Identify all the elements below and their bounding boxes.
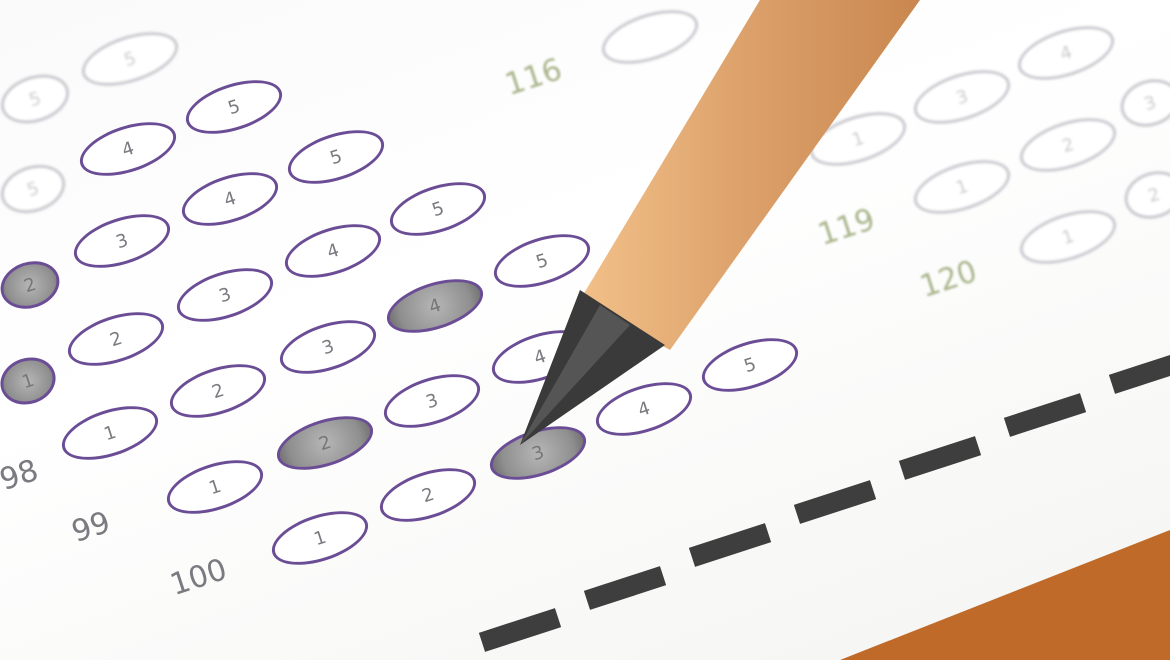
- answer-bubble: 4: [73, 112, 182, 187]
- question-number: 99: [68, 505, 115, 550]
- filled-bubble: 4: [380, 269, 489, 344]
- filled-bubble: 1: [0, 350, 62, 411]
- answer-bubble: 1: [265, 501, 374, 576]
- answer-bubble: 3: [67, 204, 176, 279]
- answer-bubble: 5: [281, 120, 390, 195]
- timing-mark: [1004, 393, 1086, 437]
- pencil-icon: [520, 0, 940, 460]
- answer-bubble: 1: [55, 396, 164, 471]
- answer-bubble: 4: [1011, 16, 1120, 91]
- answer-bubble: 2: [163, 354, 272, 429]
- answer-bubble: 3: [377, 364, 486, 439]
- answer-bubble: 1: [1013, 200, 1122, 275]
- timing-mark: [794, 480, 876, 524]
- answer-bubble: 5: [0, 157, 71, 221]
- answer-bubble: 3: [273, 310, 382, 385]
- answer-bubble: 5: [0, 66, 75, 131]
- answer-bubble: 4: [175, 162, 284, 237]
- timing-mark: [1109, 350, 1170, 394]
- filled-bubble: 2: [0, 254, 66, 316]
- answer-bubble: 2: [1118, 164, 1170, 226]
- answer-bubble: 3: [170, 258, 279, 333]
- answer-bubble: 2: [1013, 108, 1122, 183]
- timing-mark: [689, 523, 771, 567]
- question-number: 98: [0, 453, 43, 498]
- wooden-desk: [840, 530, 1170, 660]
- answer-bubble: 5: [179, 70, 288, 145]
- question-number: 100: [166, 552, 231, 603]
- answer-bubble: 5: [383, 172, 492, 247]
- timing-mark: [584, 566, 666, 610]
- answer-sheet-photo: 111222233333444444555552111223341555 989…: [0, 0, 1170, 660]
- answer-bubble: 2: [61, 302, 170, 377]
- filled-bubble: 2: [270, 406, 379, 481]
- answer-bubble: 2: [373, 458, 482, 533]
- answer-bubble: 5: [75, 22, 184, 97]
- answer-bubble: 4: [278, 214, 387, 289]
- answer-bubble: 1: [160, 450, 269, 525]
- answer-bubble: 3: [1114, 72, 1170, 134]
- timing-mark: [479, 608, 561, 652]
